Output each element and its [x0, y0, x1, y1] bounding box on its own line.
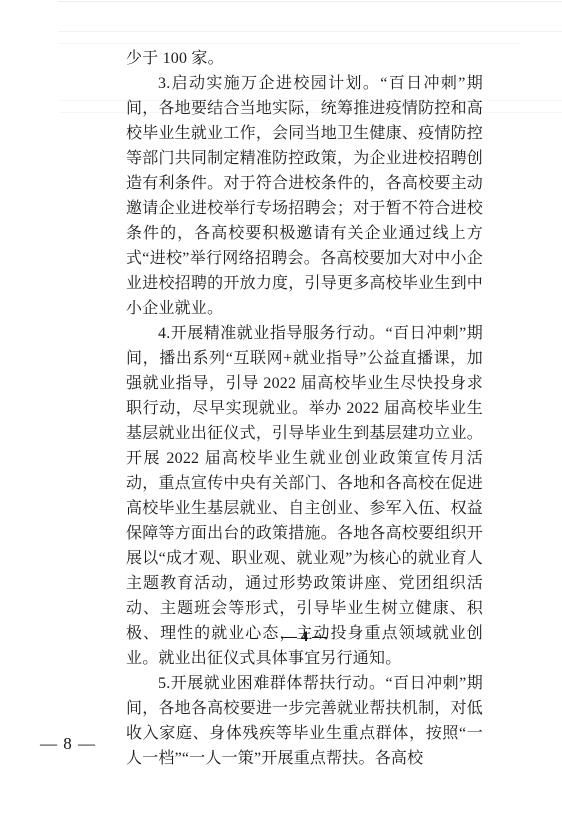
paragraph: 少于 100 家。 [126, 46, 483, 71]
scan-artifact-line [58, 1, 562, 2]
paragraph: 5.开展就业困难群体帮扶行动。“百日冲刺”期间，各地各高校要进一步完善就业帮扶机… [126, 671, 483, 771]
paragraph: 4.开展精准就业指导服务行动。“百日冲刺”期间，播出系列“互联网+就业指导”公益… [126, 321, 483, 671]
scan-artifact-line [58, 31, 562, 32]
text-block: 少于 100 家。3.启动实施万企进校园计划。“百日冲刺”期间，各地要结合当地实… [126, 46, 483, 771]
document-page: 少于 100 家。3.启动实施万企进校园计划。“百日冲刺”期间，各地要结合当地实… [0, 0, 562, 825]
footer-page-number: — 4 — [126, 629, 483, 646]
scan-artifact-line [58, 43, 520, 44]
paragraph: 3.启动实施万企进校园计划。“百日冲刺”期间，各地要结合当地实际，统筹推进疫情防… [126, 71, 483, 321]
sheet-page-number: — 8 — [40, 734, 96, 754]
